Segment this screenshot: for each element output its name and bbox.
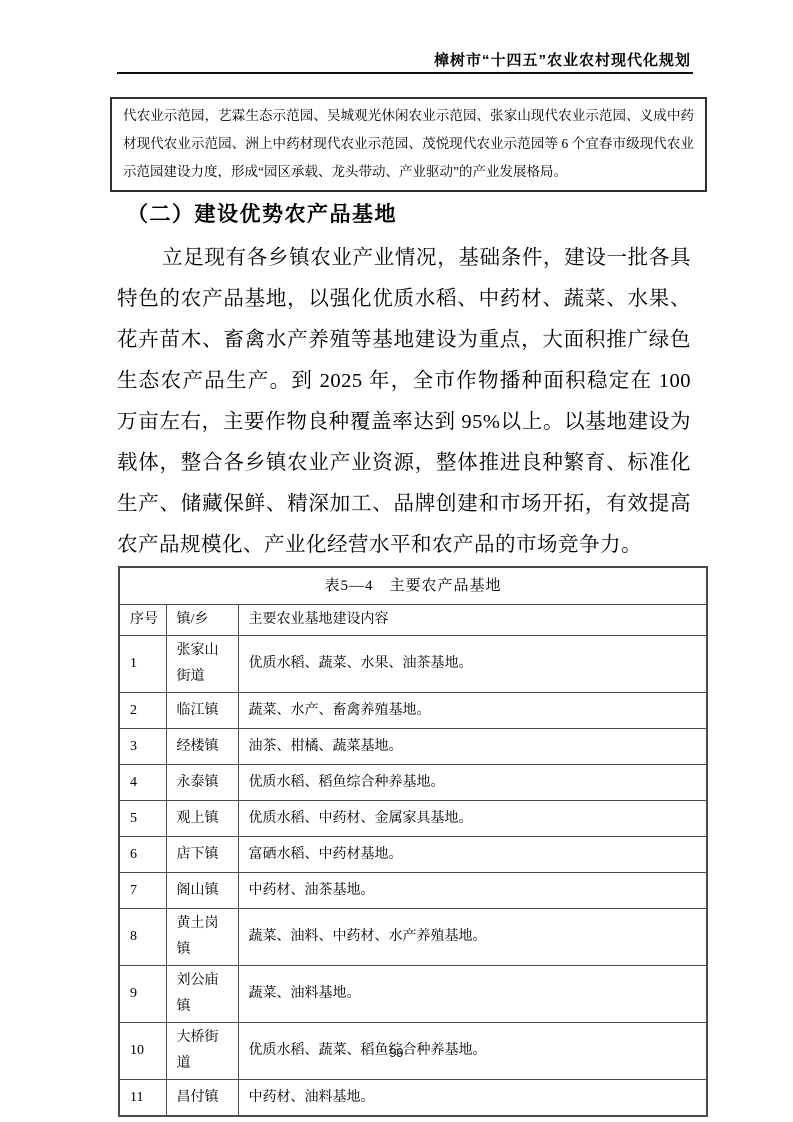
cell-content: 中药材、油茶基地。 (238, 873, 707, 909)
table-row: 3 经楼镇 油茶、柑橘、蔬菜基地。 (119, 729, 707, 765)
table-title: 表5—4 主要农产品基地 (119, 567, 707, 605)
farm-base-table: 表5—4 主要农产品基地 序号 镇/乡 主要农业基地建设内容 1 张家山街道 优… (118, 566, 708, 1117)
cell-content: 优质水稻、稻鱼综合种养基地。 (238, 765, 707, 801)
cell-town: 经楼镇 (166, 729, 238, 765)
callout-text: 代农业示范园，艺霖生态示范园、吴城观光休闲农业示范园、张家山现代农业示范园、义成… (123, 102, 694, 186)
cell-no: 8 (119, 909, 166, 966)
cell-content: 蔬菜、水产、畜禽养殖基地。 (238, 693, 707, 729)
column-header-town: 镇/乡 (166, 605, 238, 636)
cell-town: 店下镇 (166, 837, 238, 873)
column-header-content: 主要农业基地建设内容 (238, 605, 707, 636)
page-number: 99 (0, 1046, 793, 1060)
section-heading: （二）建设优势农产品基地 (127, 198, 397, 228)
cell-town: 黄土岗镇 (166, 909, 238, 966)
table-title-row: 表5—4 主要农产品基地 (119, 567, 707, 605)
document-page: 樟树市“十四五”农业农村现代化规划 代农业示范园，艺霖生态示范园、吴城观光休闲农… (0, 0, 793, 1122)
callout-box: 代农业示范园，艺霖生态示范园、吴城观光休闲农业示范园、张家山现代农业示范园、义成… (110, 97, 707, 192)
cell-town: 阁山镇 (166, 873, 238, 909)
cell-town: 张家山街道 (166, 636, 238, 693)
table-row: 9 刘公庙镇 蔬菜、油料基地。 (119, 966, 707, 1023)
cell-content: 蔬菜、油料、中药材、水产养殖基地。 (238, 909, 707, 966)
cell-no: 2 (119, 693, 166, 729)
cell-content: 油茶、柑橘、蔬菜基地。 (238, 729, 707, 765)
cell-content: 优质水稻、中药材、金属家具基地。 (238, 801, 707, 837)
body-paragraph: 立足现有各乡镇农业产业情况，基础条件，建设一批各具特色的农产品基地，以强化优质水… (117, 238, 691, 566)
table-row: 8 黄土岗镇 蔬菜、油料、中药材、水产养殖基地。 (119, 909, 707, 966)
column-header-no: 序号 (119, 605, 166, 636)
cell-content: 富硒水稻、中药材基地。 (238, 837, 707, 873)
cell-content: 优质水稻、蔬菜、水果、油茶基地。 (238, 636, 707, 693)
cell-town: 永泰镇 (166, 765, 238, 801)
header-rule (117, 72, 693, 74)
cell-no: 6 (119, 837, 166, 873)
cell-no: 3 (119, 729, 166, 765)
cell-town: 临江镇 (166, 693, 238, 729)
table-header-row: 序号 镇/乡 主要农业基地建设内容 (119, 605, 707, 636)
cell-town: 观上镇 (166, 801, 238, 837)
cell-content: 蔬菜、油料基地。 (238, 966, 707, 1023)
table-row: 11 昌付镇 中药材、油料基地。 (119, 1080, 707, 1117)
table-row: 4 永泰镇 优质水稻、稻鱼综合种养基地。 (119, 765, 707, 801)
cell-no: 4 (119, 765, 166, 801)
table-row: 6 店下镇 富硒水稻、中药材基地。 (119, 837, 707, 873)
table-row: 5 观上镇 优质水稻、中药材、金属家具基地。 (119, 801, 707, 837)
cell-content: 中药材、油料基地。 (238, 1080, 707, 1117)
cell-town: 刘公庙镇 (166, 966, 238, 1023)
cell-no: 5 (119, 801, 166, 837)
cell-no: 9 (119, 966, 166, 1023)
cell-town: 昌付镇 (166, 1080, 238, 1117)
table-row: 1 张家山街道 优质水稻、蔬菜、水果、油茶基地。 (119, 636, 707, 693)
table-row: 2 临江镇 蔬菜、水产、畜禽养殖基地。 (119, 693, 707, 729)
cell-no: 7 (119, 873, 166, 909)
cell-no: 11 (119, 1080, 166, 1117)
running-head-title: 樟树市“十四五”农业农村现代化规划 (117, 49, 691, 70)
cell-no: 1 (119, 636, 166, 693)
table-row: 7 阁山镇 中药材、油茶基地。 (119, 873, 707, 909)
